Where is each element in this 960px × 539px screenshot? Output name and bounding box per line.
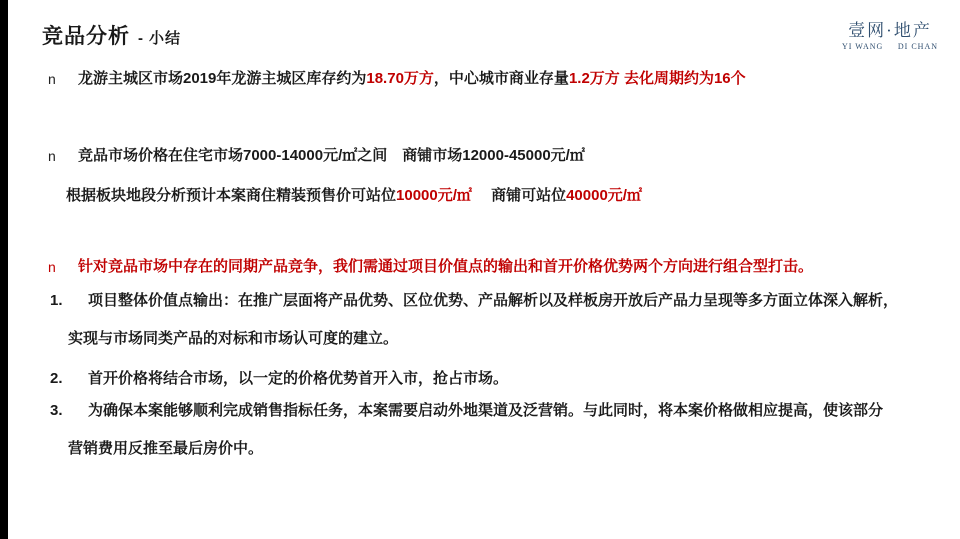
text-segment: 首开价格将结合市场，以一定的价格优势首开入市，抢占市场。	[88, 370, 508, 387]
item-number: 3.	[50, 392, 88, 430]
paragraph-line: 龙游主城区市场2019年龙游主城区库存约为18.70万方，中心城市商业存量1.2…	[78, 68, 930, 90]
paragraph-line: 竞品市场价格在住宅市场7000-14000元/㎡之间 商铺市场12000-450…	[78, 145, 930, 167]
left-edge-bar	[0, 0, 8, 539]
paragraph-line: 针对竞品市场中存在的同期产品竞争，我们需通过项目价值点的输出和首开价格优势两个方…	[78, 256, 930, 278]
presentation-slide: 竞品分析-小结 壹网·地产 YI WANG DI CHAN n 龙游主城区市场2…	[0, 0, 960, 539]
title-sub: 小结	[149, 30, 181, 47]
item-number: 2.	[50, 368, 88, 390]
logo-en-left: YI WANG	[842, 42, 883, 51]
item-sales-channels: 3. 为确保本案能够顺利完成销售指标任务，本案需要启动外地渠道及泛营销。与此同时…	[68, 392, 930, 468]
page-title: 竞品分析-小结	[42, 24, 181, 52]
logo-en-right: DI CHAN	[898, 42, 938, 51]
bullet-glyph: n	[48, 68, 78, 90]
bullet-price-range: n 竞品市场价格在住宅市场7000-14000元/㎡之间 商铺市场12000-4…	[78, 145, 930, 167]
highlight-shop-price: 40000元/㎡	[566, 187, 642, 204]
bullet-market-inventory: n 龙游主城区市场2019年龙游主城区库存约为18.70万方，中心城市商业存量1…	[78, 68, 930, 90]
paragraph-line: 营销费用反推至最后房价中。	[68, 430, 930, 468]
paragraph-line: 项目整体价值点输出：在推广层面将产品优势、区位优势、产品解析以及样板房开放后产品…	[68, 282, 930, 320]
paragraph-line: 根据板块地段分析预计本案商住精装预售价可站位10000元/㎡ 商铺可站位4000…	[66, 185, 930, 207]
logo-cn-text: 壹网·地产	[842, 16, 938, 41]
title-dash: -	[138, 30, 143, 47]
paragraph-line: 实现与市场同类产品的对标和市场认可度的建立。	[68, 320, 930, 358]
item-value-output: 1. 项目整体价值点输出：在推广层面将产品优势、区位优势、产品解析以及样板房开放…	[68, 282, 930, 358]
text-segment: 竞品市场价格在住宅市场7000-14000元/㎡之间 商铺市场12000-450…	[78, 147, 585, 164]
highlight-commercial-stock: 1.2万方 去化周期约为16个	[569, 70, 746, 87]
line-price-positioning: 根据板块地段分析预计本案商住精装预售价可站位10000元/㎡ 商铺可站位4000…	[66, 185, 930, 207]
bullet-glyph: n	[48, 256, 78, 278]
highlight-strategy-statement: 针对竞品市场中存在的同期产品竞争，我们需通过项目价值点的输出和首开价格优势两个方…	[78, 258, 813, 275]
text-segment: 营销费用反推至最后房价中。	[68, 440, 263, 457]
text-segment: 为确保本案能够顺利完成销售指标任务，本案需要启动外地渠道及泛营销。与此同时，将本…	[88, 402, 883, 419]
text-segment: 龙游主城区市场2019年龙游主城区库存约为	[78, 70, 366, 87]
highlight-residential-price: 10000元/㎡	[396, 187, 472, 204]
text-segment: 项目整体价值点输出：在推广层面将产品优势、区位优势、产品解析以及样板房开放后产品…	[88, 292, 898, 309]
paragraph-line: 首开价格将结合市场，以一定的价格优势首开入市，抢占市场。	[68, 368, 930, 390]
bullet-glyph: n	[48, 145, 78, 167]
highlight-inventory-volume: 18.70万方	[366, 70, 434, 87]
text-segment: 根据板块地段分析预计本案商住精装预售价可站位	[66, 187, 396, 204]
text-segment: 商铺可站位	[472, 187, 566, 204]
paragraph-line: 为确保本案能够顺利完成销售指标任务，本案需要启动外地渠道及泛营销。与此同时，将本…	[68, 392, 930, 430]
title-main: 竞品分析	[42, 25, 130, 48]
item-opening-price: 2. 首开价格将结合市场，以一定的价格优势首开入市，抢占市场。	[68, 368, 930, 390]
text-segment: 实现与市场同类产品的对标和市场认可度的建立。	[68, 330, 398, 347]
company-logo: 壹网·地产 YI WANG DI CHAN	[842, 16, 938, 51]
text-segment: ，中心城市商业存量	[434, 70, 569, 87]
bullet-competition-strategy: n 针对竞品市场中存在的同期产品竞争，我们需通过项目价值点的输出和首开价格优势两…	[78, 256, 930, 278]
logo-en-text: YI WANG DI CHAN	[842, 42, 938, 51]
item-number: 1.	[50, 282, 88, 320]
